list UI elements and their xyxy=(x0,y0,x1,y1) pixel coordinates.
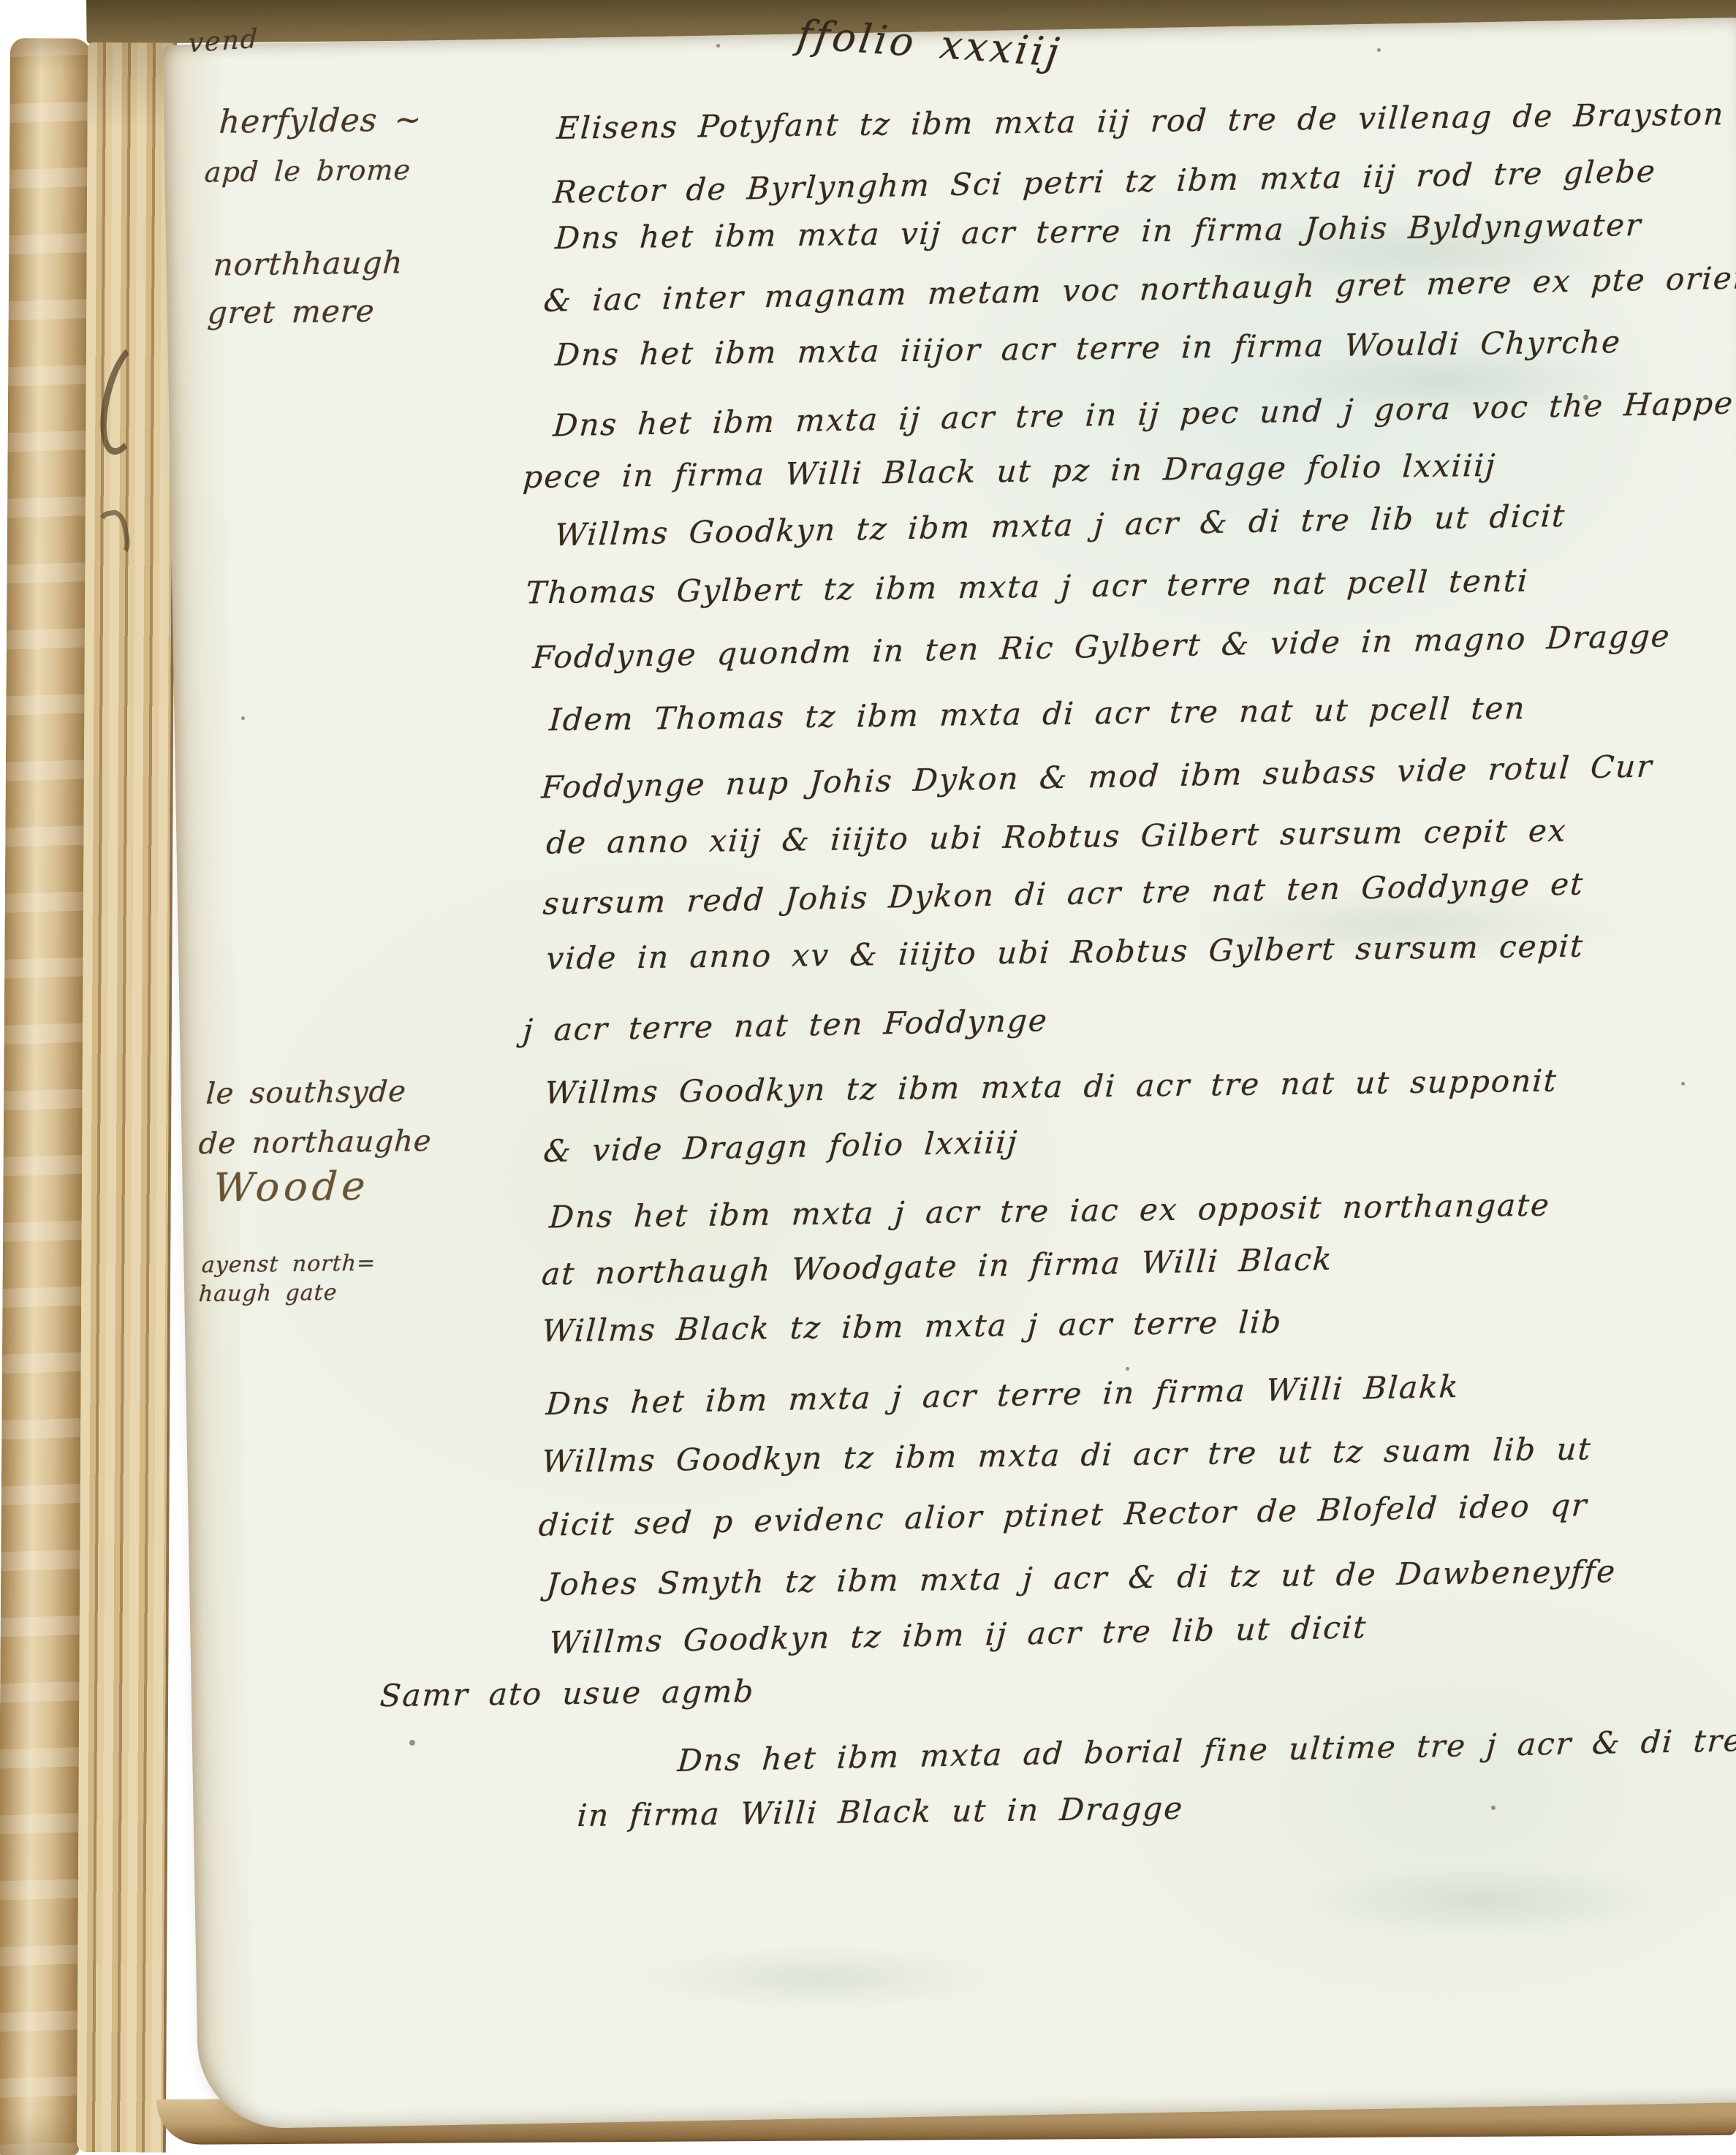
margin-note: apd le brome xyxy=(204,154,412,188)
bleed-through xyxy=(1301,1864,1667,1937)
page-speck xyxy=(1491,1806,1496,1810)
page-speck xyxy=(716,44,720,48)
manuscript-line: Samr ato usue agmb xyxy=(379,1676,756,1711)
margin-note: gret mere xyxy=(206,293,376,331)
bleed-through xyxy=(629,1944,1009,2010)
margin-note: le southsyde xyxy=(205,1075,408,1110)
page-speck xyxy=(241,716,245,720)
margin-note: haugh gate xyxy=(198,1280,338,1307)
manuscript-line: & vide Draggn folio lxxiiij xyxy=(542,1127,1019,1167)
page-speck xyxy=(1377,48,1381,52)
page-speck xyxy=(409,1740,415,1746)
manuscript-line: in firma Willi Black ut in Dragge xyxy=(576,1793,1184,1831)
margin-note: ayenst north= xyxy=(201,1251,376,1279)
margin-note: de northaughe xyxy=(198,1124,433,1161)
margin-note: northhaugh xyxy=(212,244,403,282)
margin-note: Woode xyxy=(212,1163,371,1211)
page-speck xyxy=(1126,1367,1129,1371)
manuscript-line: Willms Black tz ibm mxta j acr terre lib xyxy=(541,1307,1283,1347)
page-speck xyxy=(1681,1082,1685,1086)
margin-note: herfyldes ~ xyxy=(218,101,422,140)
top-left-note: vend xyxy=(188,24,259,59)
manuscript-scan: ffolio xxxiij vend herfyldes ~ apd le br… xyxy=(0,0,1736,2155)
